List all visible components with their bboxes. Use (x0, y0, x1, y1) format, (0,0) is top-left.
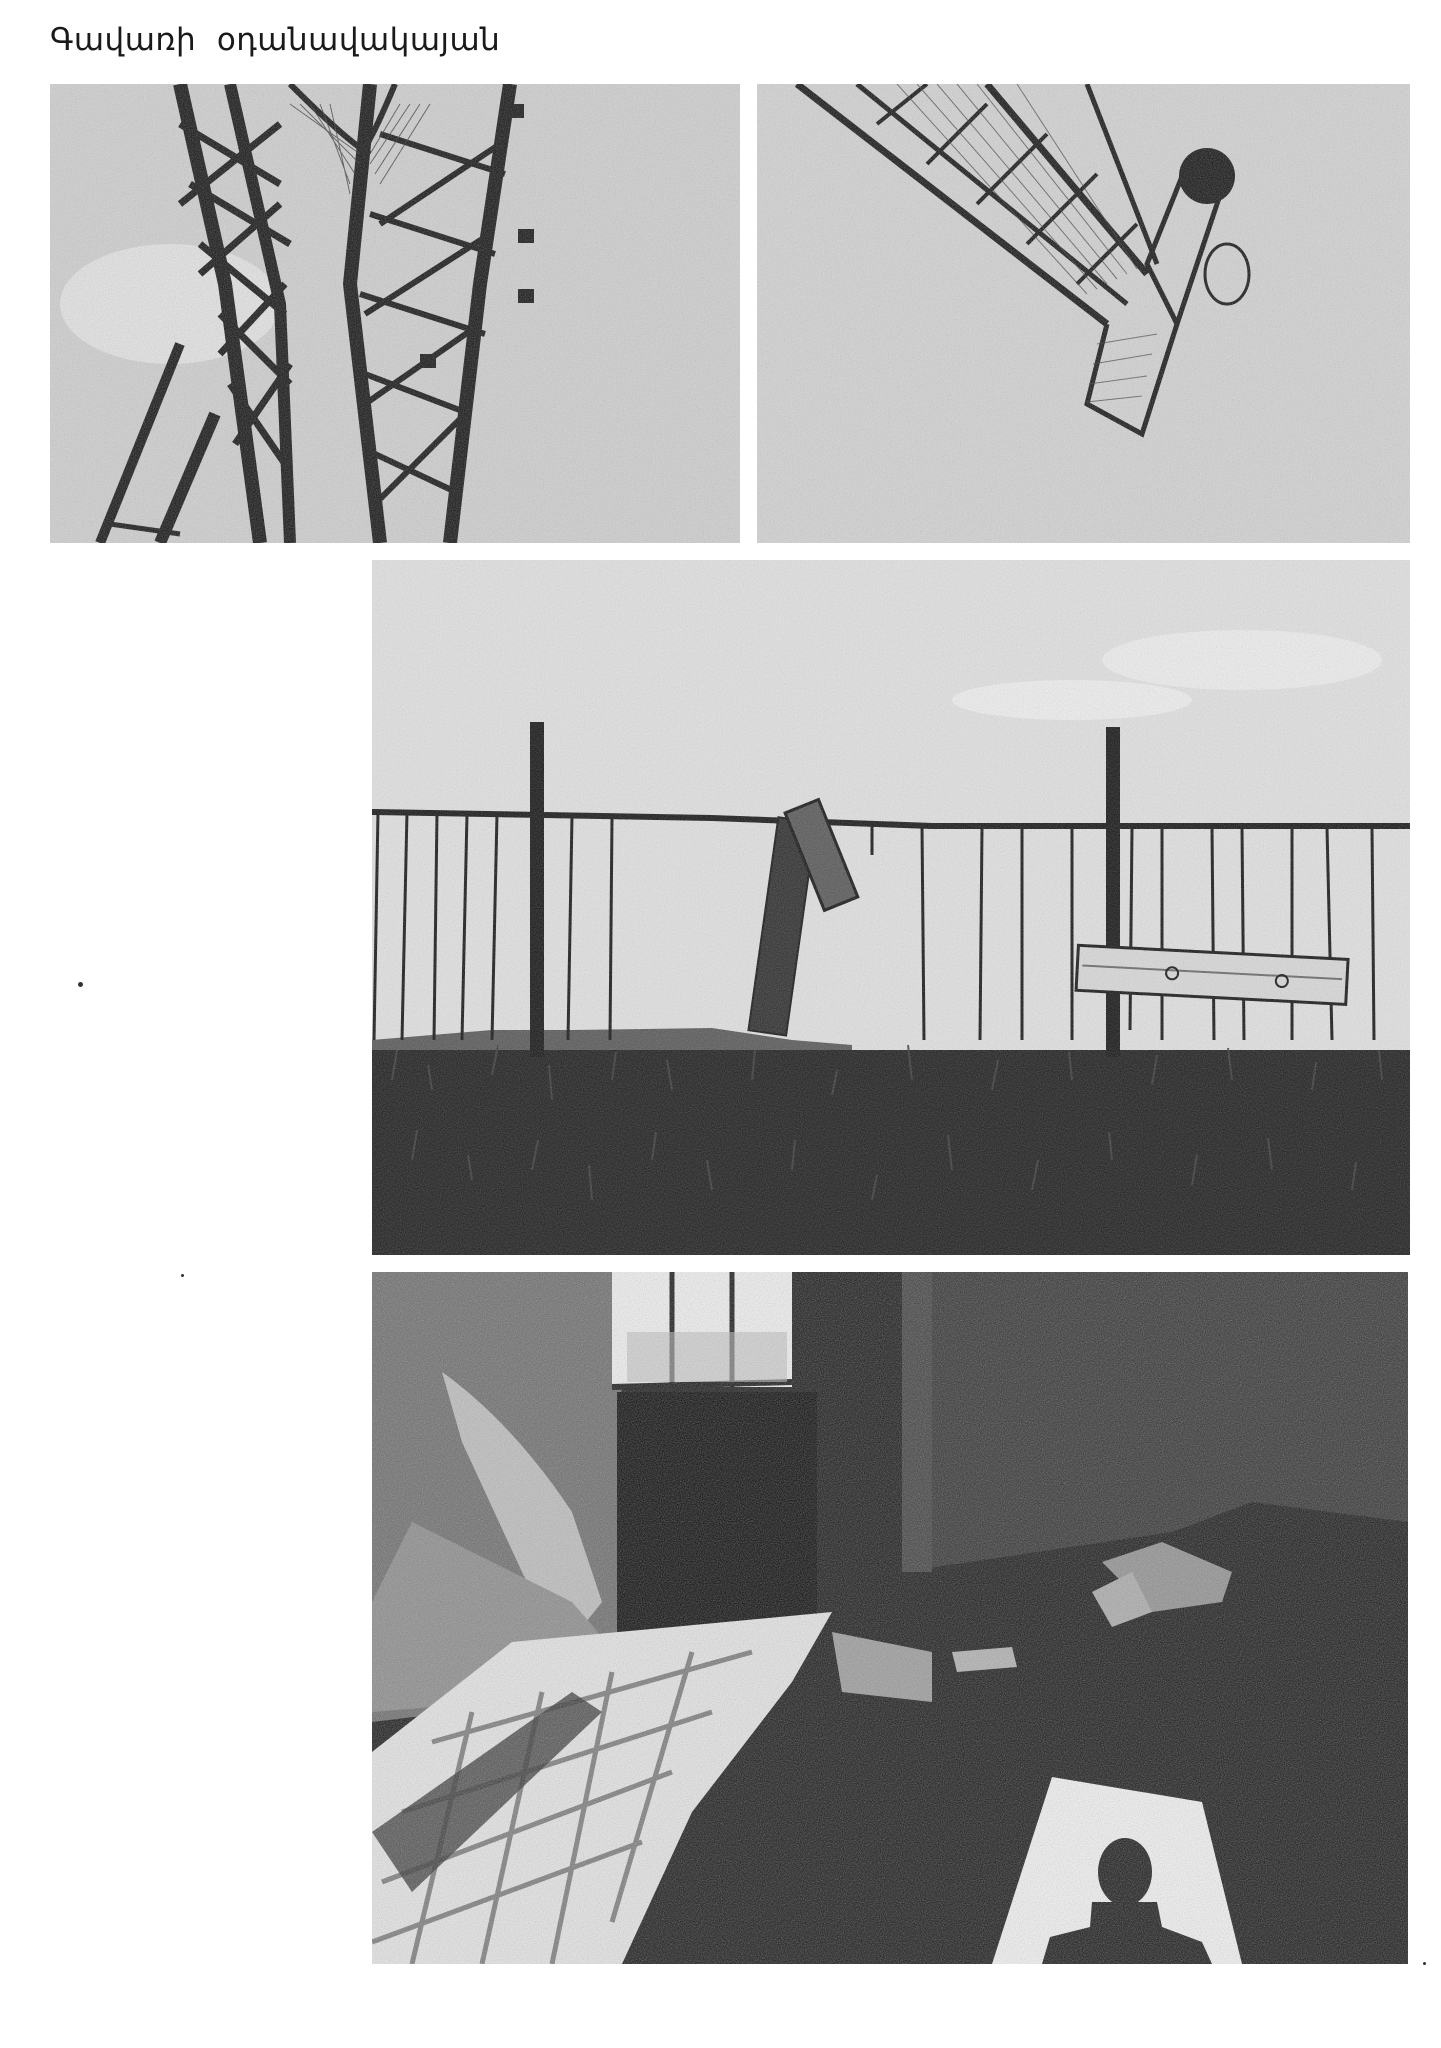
photo-broken-fence (372, 560, 1410, 1255)
photo-ruined-interior (372, 1272, 1408, 1964)
broken-fence-illustration (372, 560, 1410, 1255)
ruined-interior-illustration (372, 1272, 1408, 1964)
photo-tower-lattice (50, 84, 740, 543)
tower-lattice-illustration (50, 84, 740, 543)
page-title: Գավառի օդանավակայան (50, 22, 500, 58)
scan-speck (78, 982, 83, 987)
scan-speck (181, 1274, 184, 1277)
photo-tower-arm (757, 84, 1410, 543)
tower-arm-illustration (757, 84, 1410, 543)
scan-speck (1423, 1962, 1426, 1965)
